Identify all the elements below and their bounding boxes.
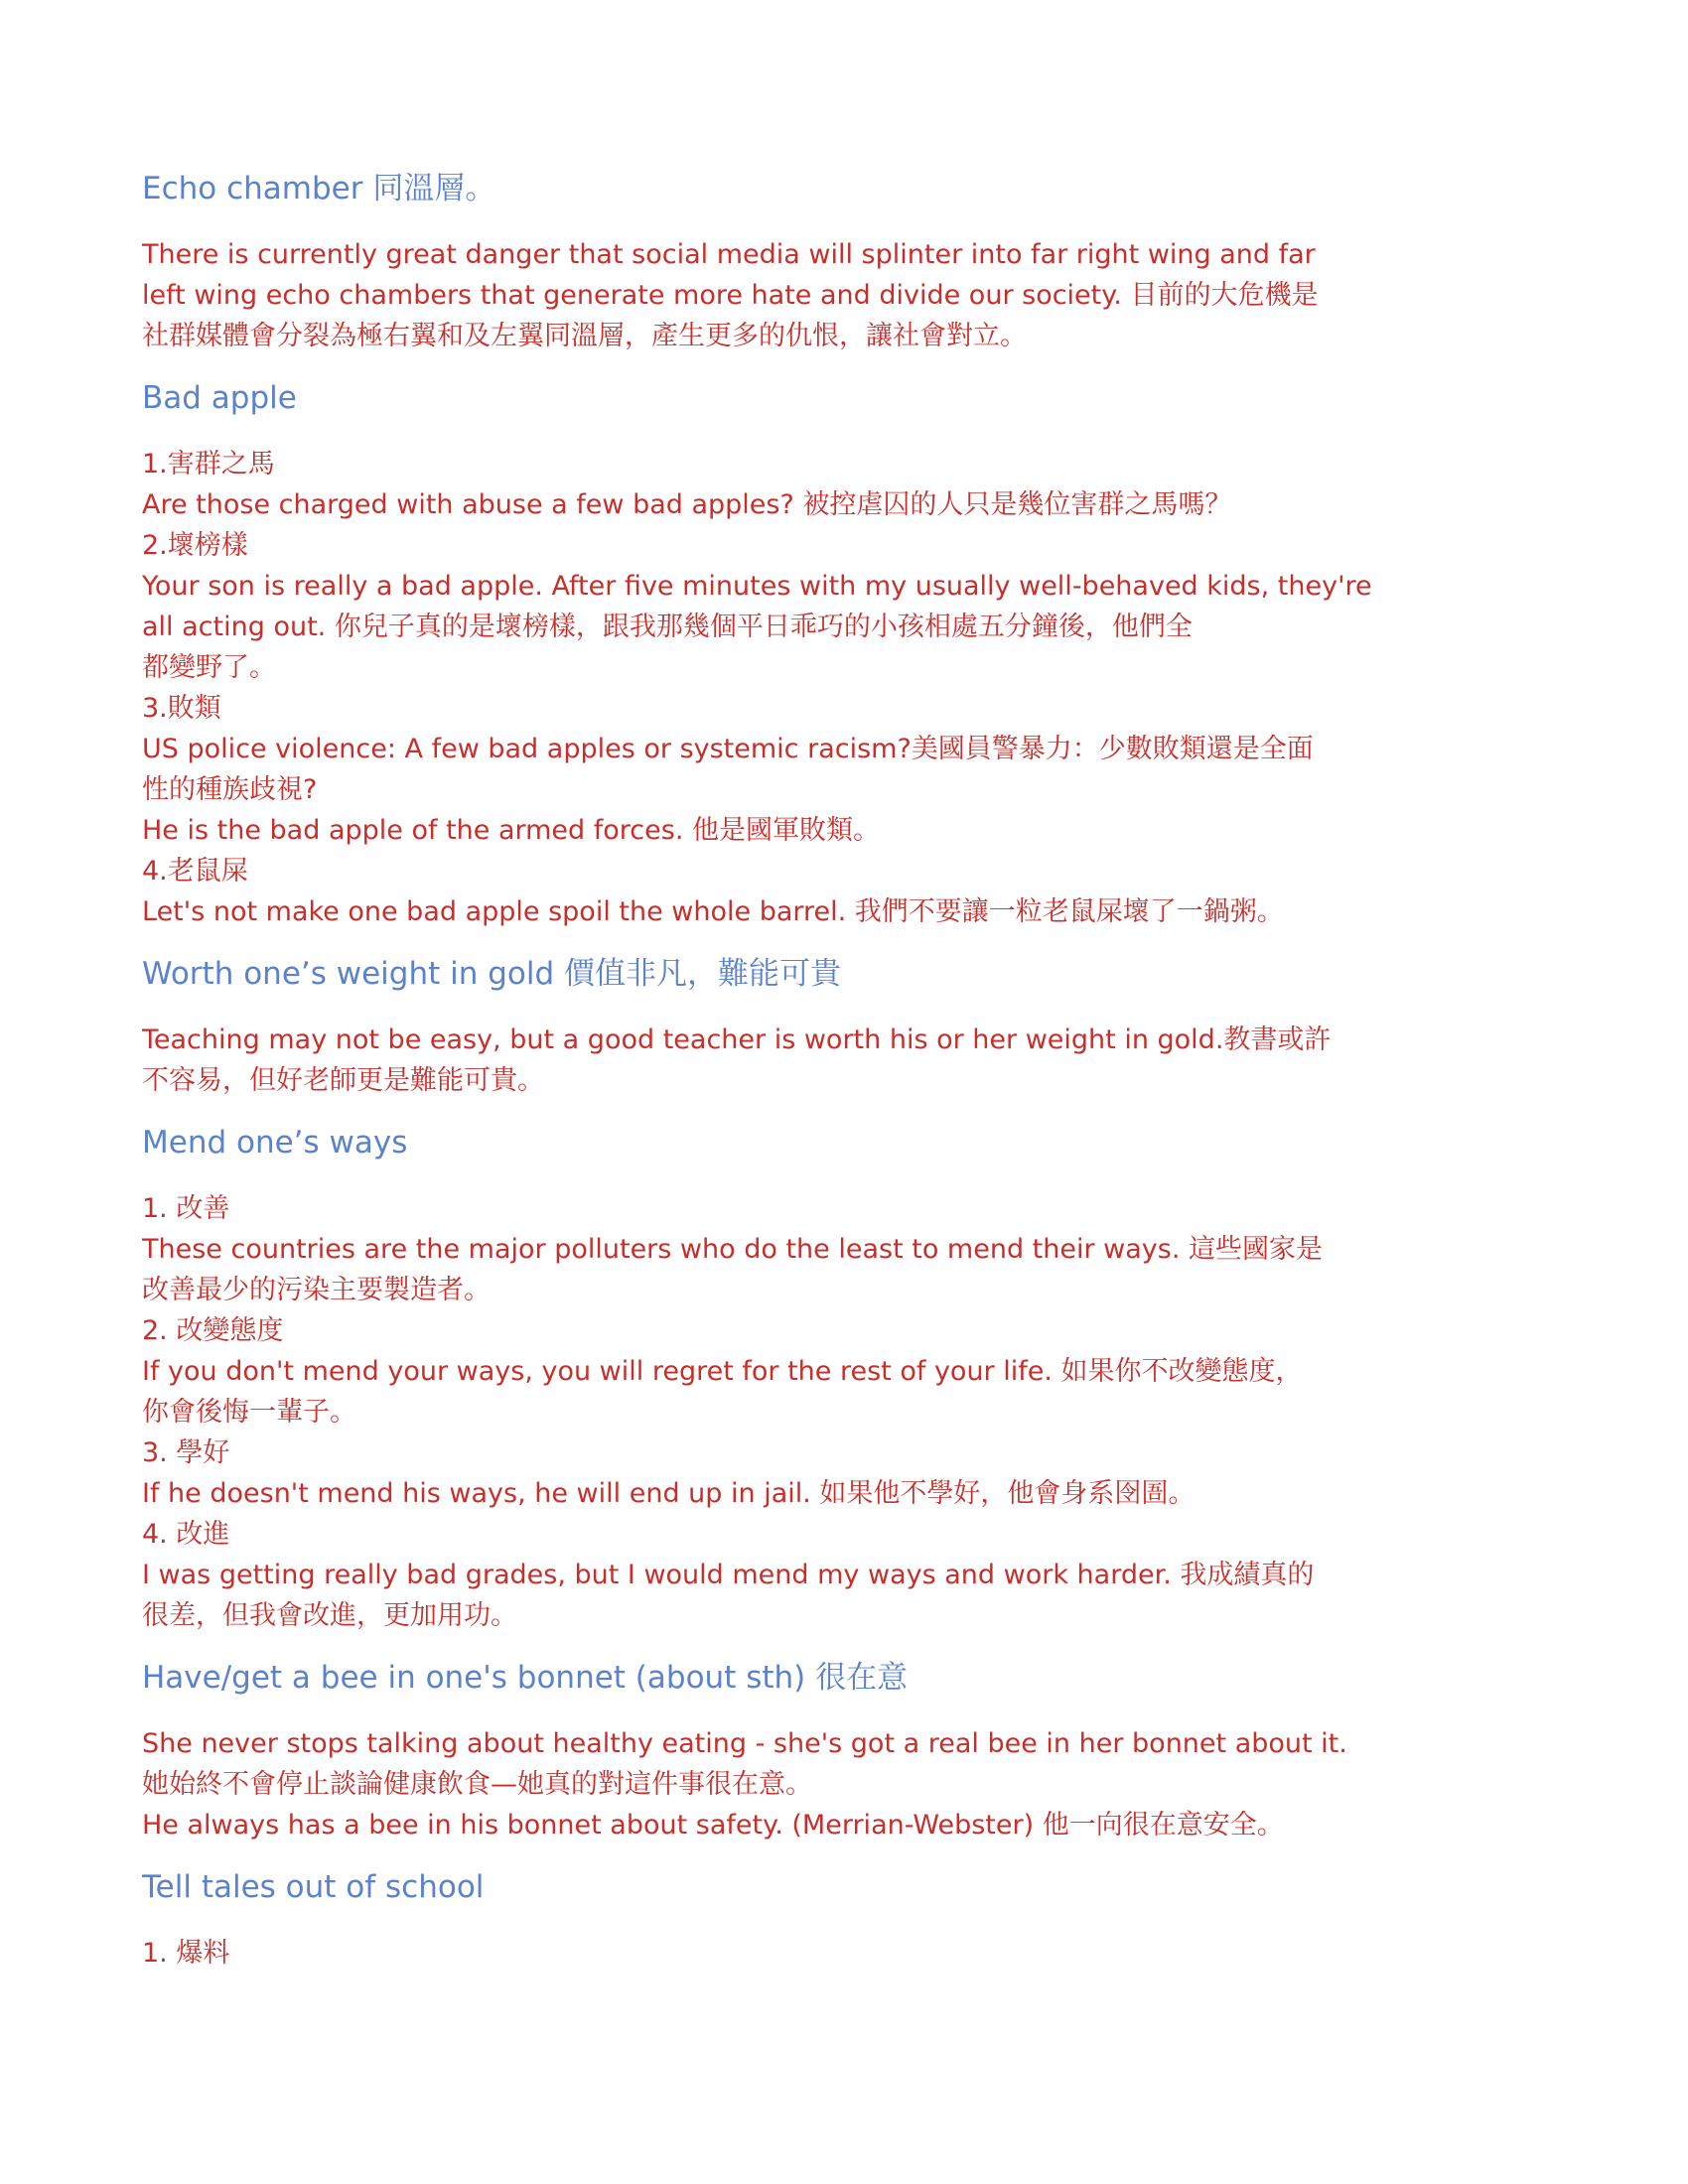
section-body: She never stops talking about healthy ea… [142, 1723, 1559, 1845]
section-heading: Bad apple [142, 376, 1559, 420]
text-line: 2.壞榜樣 [142, 525, 1559, 566]
text-line: He is the bad apple of the armed forces.… [142, 810, 1559, 851]
idiom-section-bee-in-ones-bonnet: Have/get a bee in one's bonnet (about st… [142, 1656, 1559, 1845]
text-line: 不容易，但好老師更是難能可貴。 [142, 1060, 1559, 1101]
text-line: He always has a bee in his bonnet about … [142, 1805, 1559, 1845]
text-line: She never stops talking about healthy ea… [142, 1723, 1559, 1764]
text-line: 1.害群之馬 [142, 444, 1559, 484]
text-line: 3. 學好 [142, 1433, 1559, 1473]
section-heading: Worth one’s weight in gold 價值非凡，難能可貴 [142, 952, 1559, 996]
text-line: 很差，但我會改進，更加用功。 [142, 1595, 1559, 1636]
idiom-section-bad-apple: Bad apple 1.害群之馬 Are those charged with … [142, 376, 1559, 932]
text-line: Are those charged with abuse a few bad a… [142, 484, 1559, 525]
section-body: 1.害群之馬 Are those charged with abuse a fe… [142, 444, 1559, 932]
text-line: left wing echo chambers that generate mo… [142, 275, 1559, 316]
text-line: I was getting really bad grades, but I w… [142, 1555, 1559, 1595]
section-body: There is currently great danger that soc… [142, 234, 1559, 356]
text-line: 1. 爆料 [142, 1933, 1559, 1974]
text-line: If he doesn't mend his ways, he will end… [142, 1473, 1559, 1514]
text-line: 1. 改善 [142, 1188, 1559, 1229]
text-line: If you don't mend your ways, you will re… [142, 1351, 1559, 1392]
text-line: 4.老鼠屎 [142, 851, 1559, 891]
text-line: 她始終不會停止談論健康飲食—她真的對這件事很在意。 [142, 1764, 1559, 1805]
text-line: 2. 改變態度 [142, 1310, 1559, 1351]
text-line: 3.敗類 [142, 688, 1559, 729]
section-heading: Have/get a bee in one's bonnet (about st… [142, 1656, 1559, 1700]
text-line: 性的種族歧視? [142, 769, 1559, 810]
document-page: Echo chamber 同溫層。 There is currently gre… [0, 0, 1688, 2184]
text-line: 4. 改進 [142, 1514, 1559, 1555]
section-body: 1. 爆料 [142, 1933, 1559, 1974]
text-line: Let's not make one bad apple spoil the w… [142, 891, 1559, 932]
text-line: There is currently great danger that soc… [142, 234, 1559, 275]
section-body: Teaching may not be easy, but a good tea… [142, 1020, 1559, 1101]
text-line: 都變野了。 [142, 647, 1559, 688]
idiom-section-tell-tales-out-of-school: Tell tales out of school 1. 爆料 [142, 1865, 1559, 1974]
section-body: 1. 改善 These countries are the major poll… [142, 1188, 1559, 1636]
idiom-section-echo-chamber: Echo chamber 同溫層。 There is currently gre… [142, 167, 1559, 356]
section-heading: Echo chamber 同溫層。 [142, 167, 1559, 210]
text-line: 改善最少的污染主要製造者。 [142, 1270, 1559, 1310]
section-heading: Mend one’s ways [142, 1121, 1559, 1164]
text-line: all acting out. 你兒子真的是壞榜樣，跟我那幾個平日乖巧的小孩相處… [142, 607, 1559, 647]
text-line: 你會後悔一輩子。 [142, 1392, 1559, 1433]
text-line: US police violence: A few bad apples or … [142, 729, 1559, 769]
idiom-section-mend-ones-ways: Mend one’s ways 1. 改善 These countries ar… [142, 1121, 1559, 1636]
text-line: Teaching may not be easy, but a good tea… [142, 1020, 1559, 1060]
section-heading: Tell tales out of school [142, 1865, 1559, 1909]
text-line: These countries are the major polluters … [142, 1229, 1559, 1270]
text-line: 社群媒體會分裂為極右翼和及左翼同溫層，產生更多的仇恨，讓社會對立。 [142, 316, 1559, 356]
idiom-section-worth-ones-weight-in-gold: Worth one’s weight in gold 價值非凡，難能可貴 Tea… [142, 952, 1559, 1101]
text-line: Your son is really a bad apple. After fi… [142, 566, 1559, 607]
